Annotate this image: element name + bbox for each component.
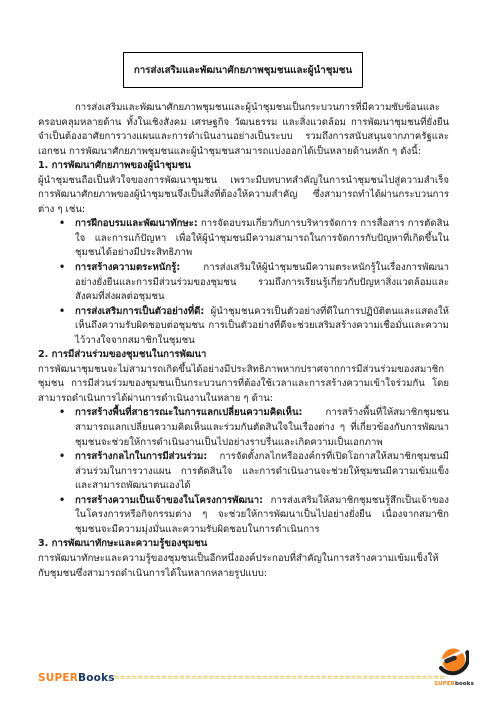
logo-wordmark: SUPERbooks [434,681,474,687]
bullet-icon: • [59,494,65,509]
document-page: การส่งเสริมและพัฒนาศักยภาพชุมชนและผู้นำช… [0,0,485,712]
bullet-item: •การสร้างพื้นที่สาธารณะในการแลกเปลี่ยนคว… [38,406,449,450]
bullet-icon: • [59,261,65,276]
bullet-item: •การส่งเสริมการเป็นตัวอย่างที่ดี: ผู้นำช… [38,305,449,349]
section-1-heading: 1. การพัฒนาศักยภาพของผู้นำชุมชน [38,159,449,174]
brand-books: Books [78,672,115,684]
bullet-term: การสร้างกลไกในการมีส่วนร่วม: [75,451,207,462]
bullet-icon: • [59,406,65,421]
intro-paragraph: การส่งเสริมและพัฒนาศักยภาพชุมชนและผู้นำช… [38,101,449,159]
page-title: การส่งเสริมและพัฒนาศักยภาพชุมชนและผู้นำช… [134,63,352,78]
page-content: การส่งเสริมและพัฒนาศักยภาพชุมชนและผู้นำช… [38,101,449,581]
page-footer: SUPERBooks =============================… [38,645,472,705]
bullet-term: การฝึกอบรมและพัฒนาทักษะ: [75,218,198,229]
logo-swoosh-icon [439,645,469,680]
bullet-icon: • [59,450,65,465]
section-3-heading: 3. การพัฒนาทักษะและความรู้ของชุมชน [38,537,449,552]
bullet-term: การสร้างความตระหนักรู้: [75,262,180,273]
bullet-term: การส่งเสริมการเป็นตัวอย่างที่ดี: [75,306,204,317]
section-2-bullet-list: •การสร้างพื้นที่สาธารณะในการแลกเปลี่ยนคว… [38,406,449,537]
logo-super: SUPER [434,681,455,687]
brand-super: SUPER [38,672,78,684]
section-2-lead: การพัฒนาชุมชนจะไม่สามารถเกิดขึ้นได้อย่าง… [38,363,449,407]
bullet-item: •การสร้างความเป็นเจ้าของในโครงการพัฒนา: … [38,494,449,538]
bullet-item: •การฝึกอบรมและพัฒนาทักษะ: การจัดอบรมเกี่… [38,217,449,261]
bullet-item: •การสร้างความตระหนักรู้: การส่งเสริมให้ผ… [38,261,449,305]
bullet-icon: • [59,305,65,320]
brand-wordmark: SUPERBooks [38,672,115,684]
bullet-item: •การสร้างกลไกในการมีส่วนร่วม: การจัดตั้ง… [38,450,449,494]
bullet-icon: • [59,217,65,232]
section-1-bullet-list: •การฝึกอบรมและพัฒนาทักษะ: การจัดอบรมเกี่… [38,217,449,348]
section-1-lead: ผู้นำชุมชนถือเป็นหัวใจของการพัฒนาชุมชน เ… [38,174,449,218]
footer-divider: ========================================… [114,673,445,683]
bullet-term: การสร้างความเป็นเจ้าของในโครงการพัฒนา: [75,495,263,506]
publisher-logo: SUPERbooks [436,645,472,687]
logo-books: books [455,681,474,687]
section-2-heading: 2. การมีส่วนร่วมของชุมชนในการพัฒนา [38,348,449,363]
page-title-box: การส่งเสริมและพัฒนาศักยภาพชุมชนและผู้นำช… [123,52,363,88]
section-3-lead: การพัฒนาทักษะและความรู้ของชุมชนเป็นอีกหน… [38,552,449,581]
bullet-term: การสร้างพื้นที่สาธารณะในการแลกเปลี่ยนควา… [75,407,302,418]
